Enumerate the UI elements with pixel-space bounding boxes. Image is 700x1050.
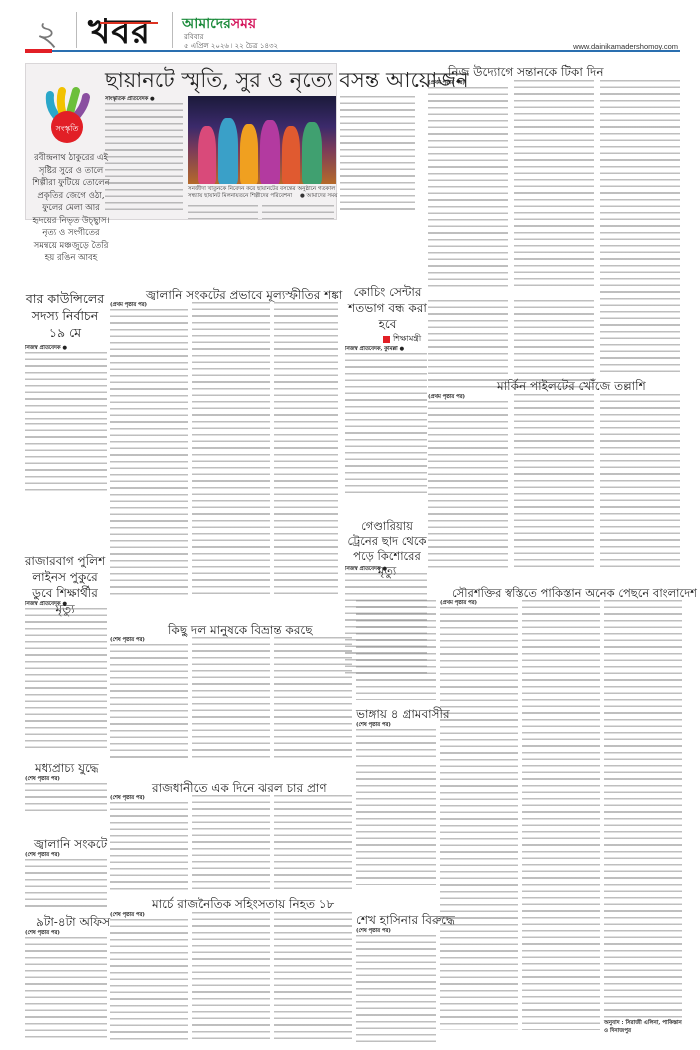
article-body: (শেষ পৃষ্ঠার পর) (25, 930, 107, 1042)
logo-part-1: আমাদের (182, 16, 231, 32)
article-body (192, 637, 270, 759)
feature-body-col4 (340, 96, 415, 214)
byline: নিজস্ব প্রতিবেদক ● (25, 345, 67, 351)
section-name: খবর (88, 6, 151, 63)
article-body: (শেষ পৃষ্ঠার পর) (25, 776, 107, 816)
article-body (274, 912, 352, 1042)
article-lead: (প্রথম পৃষ্ঠার পর) (440, 600, 477, 606)
article-body: নিজস্ব প্রতিবেদক ● (25, 345, 107, 423)
photo-credit: ● আমাদের সময় (300, 193, 337, 201)
article-body (604, 600, 682, 1018)
feature-body-col2 (188, 205, 258, 219)
article-body (192, 302, 270, 598)
article-body (356, 600, 436, 700)
article-body: নিজস্ব প্রতিবেদক, কুমিল্লা ● (345, 346, 427, 496)
article-body: (শেষ পৃষ্ঠার পর) (110, 912, 188, 1042)
divider (76, 12, 77, 48)
article-body (514, 394, 594, 569)
article-body (25, 423, 107, 491)
translation-credit: অনুবাদ : সিরাজী এলিনা, পাকিস্তান ও দিনাজ… (604, 1020, 684, 1036)
peacock-culture-icon: সংস্কৃতি (40, 85, 95, 145)
logo-part-2: সময় (231, 16, 256, 32)
article-lead: (শেষ পৃষ্ঠার পর) (356, 722, 391, 728)
article-body: (প্রথম পৃষ্ঠার পর) (110, 302, 188, 598)
page-number: ২ (36, 8, 58, 65)
article-body (428, 300, 508, 390)
byline: নিজস্ব প্রতিবেদক ● (345, 566, 387, 572)
headline-coaching[interactable]: কোচিং সেন্টার শতভাগ বন্ধ করা হবে (345, 284, 430, 332)
article-lead: (শেষ পৃষ্ঠার পর) (25, 776, 60, 782)
article-body: (প্রথম পৃষ্ঠার পর) (428, 80, 508, 290)
article-body: নিজস্ব প্রতিবেদক ● (25, 601, 107, 753)
article-body (274, 302, 338, 598)
byline: নিজস্ব প্রতিবেদক ● (25, 601, 67, 607)
article-body: (প্রথম পৃষ্ঠার পর) (428, 394, 508, 569)
coaching-tag: শিক্ষামন্ত্রী (383, 333, 421, 346)
divider (172, 12, 173, 48)
article-lead: (শেষ পৃষ্ঠার পর) (356, 928, 391, 934)
article-body (274, 637, 352, 759)
feature-body-col3 (262, 205, 334, 219)
article-body: (শেষ পৃষ্ঠার পর) (110, 795, 188, 890)
pull-quote: রবীন্দ্রনাথ ঠাকুরের এই সৃষ্টির সুরে ও তা… (30, 152, 112, 265)
article-body: (শেষ পৃষ্ঠার পর) (356, 722, 436, 762)
article-lead: (শেষ পৃষ্ঠার পর) (25, 930, 60, 936)
article-lead: (প্রথম পৃষ্ঠার পর) (428, 394, 465, 400)
article-lead: (শেষ পৃষ্ঠার পর) (110, 795, 145, 801)
article-lead: (প্রথম পৃষ্ঠার পর) (110, 302, 147, 308)
byline: সাংস্কৃতিক প্রতিবেদক ● (105, 96, 155, 102)
article-body (600, 394, 680, 569)
article-body (522, 600, 600, 1030)
article-body (192, 912, 270, 1042)
article-lead: (প্রথম পৃষ্ঠার পর) (428, 80, 465, 86)
article-lead: (শেষ পৃষ্ঠার পর) (110, 912, 145, 918)
article-body: (শেষ পৃষ্ঠার পর) (110, 637, 188, 759)
article-body: (প্রথম পৃষ্ঠার পর) (440, 600, 518, 1030)
feature-body-col1: সাংস্কৃতিক প্রতিবেদক ● (105, 96, 183, 214)
article-lead: (শেষ পৃষ্ঠার পর) (110, 637, 145, 643)
article-body (192, 795, 270, 890)
article-body (514, 80, 594, 290)
feature-photo[interactable] (188, 96, 336, 184)
header-rule-accent (25, 49, 52, 53)
article-body (600, 80, 680, 375)
red-square-icon (383, 336, 390, 343)
article-body (356, 765, 436, 885)
article-body: (শেষ পৃষ্ঠার পর) (356, 928, 436, 1042)
tag-label: শিক্ষামন্ত্রী (393, 334, 421, 343)
article-body (274, 795, 352, 890)
headline-bar-council[interactable]: বার কাউন্সিলের সদস্য নির্বাচন ১৯ মে (25, 290, 105, 341)
masthead: ২ খবর আমাদেরসময় রবিবার ৫ এপ্রিল ২০২৬ ৷ … (0, 0, 700, 56)
article-lead: (শেষ পৃষ্ঠার পর) (25, 852, 60, 858)
header-rule (52, 50, 680, 52)
svg-text:সংস্কৃতি: সংস্কৃতি (55, 124, 80, 133)
section-accent-line (100, 22, 158, 24)
article-body: (শেষ পৃষ্ঠার পর) (25, 852, 107, 912)
byline: নিজস্ব প্রতিবেদক, কুমিল্লা ● (345, 346, 404, 352)
article-body (514, 300, 594, 390)
